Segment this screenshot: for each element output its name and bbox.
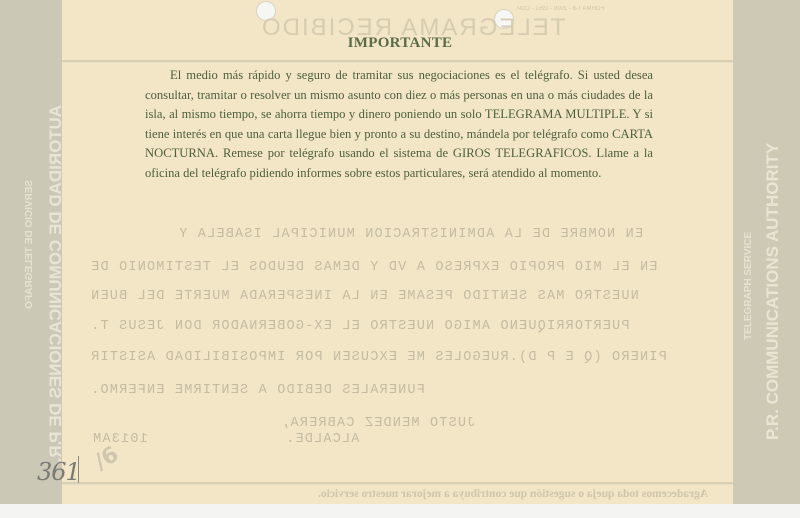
right-side-band: P.R. COMMUNICATIONS AUTHORITY TELEGRAPH …	[733, 0, 800, 504]
top-rule	[62, 60, 733, 63]
left-band-main-text: AUTORIDAD DE COMUNICACIONES DE P.R.	[46, 105, 66, 462]
show-through-line-3: NUESTRO MAS SENTIDO PESAME EN LA INESPER…	[90, 289, 639, 304]
notice-paragraph: El medio más rápido y seguro de tramitar…	[145, 66, 653, 184]
bottom-rule	[62, 482, 733, 485]
right-band-sub-text: TELEGRAPH SERVICE	[743, 232, 754, 340]
show-through-line-1: EN NOMBRE DE LA ADMINISTRACION MUNICIPAL…	[178, 227, 643, 242]
left-band-sub-text: SERVICIO DE TELEGRAFO	[24, 180, 35, 309]
show-through-line-4: PUERTORRIQUENO AMIGO NUESTRO EL EX-GOBER…	[90, 319, 629, 334]
show-through-line-6: FUNERALES DEBIDO A SENTIRME ENFERMO.	[90, 383, 425, 398]
left-side-band: AUTORIDAD DE COMUNICACIONES DE P.R. SERV…	[0, 0, 62, 504]
show-through-line-2: EN EL MIO PROPIO EXPRESO A VD Y DEMAS DE…	[90, 260, 657, 275]
handwritten-number: 361	[37, 458, 80, 486]
notice-paragraph-text: El medio más rápido y seguro de tramitar…	[145, 66, 653, 184]
show-through-time: 1013AM	[92, 432, 148, 447]
show-through-footer: Agradecemos toda queja o sugestión que c…	[318, 488, 708, 500]
right-band-main-text: P.R. COMMUNICATIONS AUTHORITY	[763, 143, 783, 440]
document-heading: IMPORTANTE	[0, 35, 800, 52]
handwritten-stroke	[78, 456, 79, 483]
show-through-signature: JUSTO MENDEZ CABRERA,	[280, 416, 475, 431]
telegram-card: AUTORIDAD DE COMUNICACIONES DE P.R. SERV…	[0, 0, 800, 504]
scan-margin	[0, 504, 800, 518]
show-through-form-code: FORMA T-8 - 2000 - 1951 - COP.	[516, 6, 604, 12]
show-through-line-5: PINERO (Q E P D).RUEGOLES ME EXCUSEN POR…	[90, 350, 667, 365]
show-through-signature-title: ALCALDE.	[285, 432, 359, 447]
